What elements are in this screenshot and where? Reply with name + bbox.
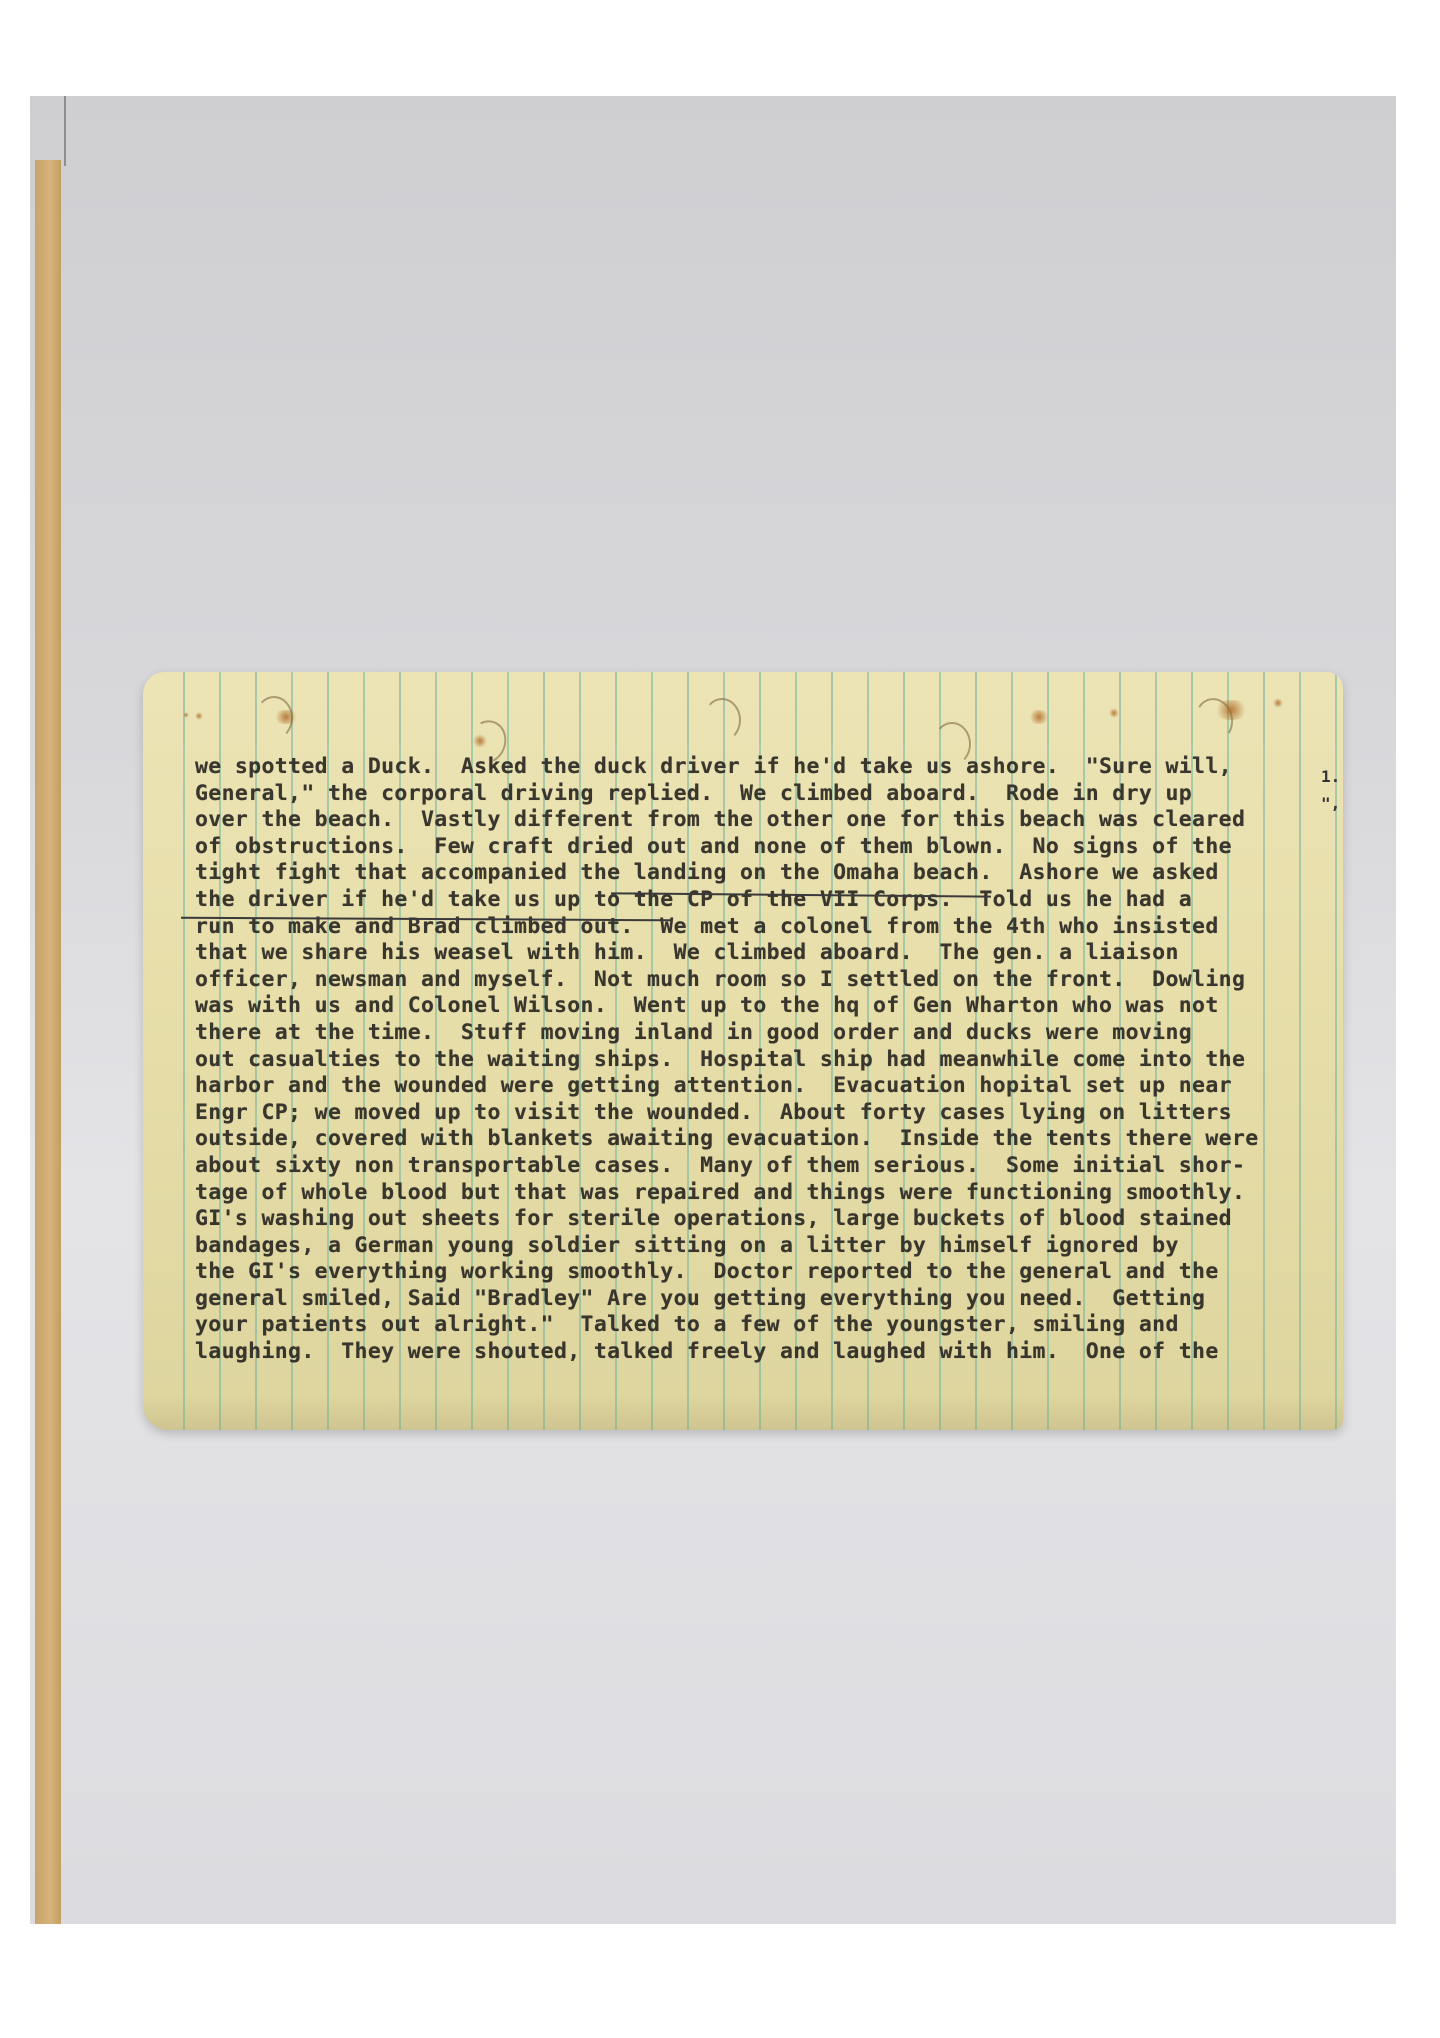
rust-stain — [183, 712, 189, 718]
text-line: harbor and the wounded were getting atte… — [195, 1073, 1305, 1100]
typewritten-text: we spotted a Duck. Asked the duck driver… — [195, 754, 1305, 1366]
text-line: officer, newsman and myself. Not much ro… — [195, 967, 1305, 994]
punch-hole — [703, 698, 741, 742]
rust-stain — [1273, 698, 1283, 708]
note-card: we spotted a Duck. Asked the duck driver… — [143, 672, 1343, 1430]
text-line: General," the corporal driving replied. … — [195, 781, 1305, 808]
text-line: of obstructions. Few craft dried out and… — [195, 834, 1305, 861]
text-line: Engr CP; we moved up to visit the wounde… — [195, 1100, 1305, 1127]
text-line: tight fight that accompanied the landing… — [195, 860, 1305, 887]
text-line: that we share his weasel with him. We cl… — [195, 940, 1305, 967]
rust-stain — [1028, 710, 1050, 724]
text-line: the driver if he'd take us up to the CP … — [195, 887, 1305, 914]
card-bottom-edge — [143, 1396, 1343, 1430]
rust-stain — [473, 734, 487, 748]
folder-edge — [35, 160, 61, 1924]
text-line: was with us and Colonel Wilson. Went up … — [195, 993, 1305, 1020]
rust-stain — [273, 710, 299, 724]
text-line: your patients out alright." Talked to a … — [195, 1312, 1305, 1339]
rust-stain — [1109, 708, 1119, 718]
rust-stain — [1213, 700, 1249, 720]
rust-stain — [195, 712, 203, 720]
text-line: outside, covered with blankets awaiting … — [195, 1126, 1305, 1153]
text-line: there at the time. Stuff moving inland i… — [195, 1020, 1305, 1047]
folder-divider-line — [64, 96, 66, 166]
text-line: about sixty non transportable cases. Man… — [195, 1153, 1305, 1180]
text-line: the GI's everything working smoothly. Do… — [195, 1259, 1305, 1286]
text-line: laughing. They were shouted, talked free… — [195, 1339, 1305, 1366]
margin-mark: ", — [1321, 794, 1340, 813]
margin-mark: 1. — [1321, 767, 1340, 786]
text-line: tage of whole blood but that was repaire… — [195, 1180, 1305, 1207]
text-line: bandages, a German young soldier sitting… — [195, 1233, 1305, 1260]
text-line: out casualties to the waiting ships. Hos… — [195, 1047, 1305, 1074]
text-line: GI's washing out sheets for sterile oper… — [195, 1206, 1305, 1233]
text-line: general smiled, Said "Bradley" Are you g… — [195, 1286, 1305, 1313]
text-line: we spotted a Duck. Asked the duck driver… — [195, 754, 1305, 781]
text-line: over the beach. Vastly different from th… — [195, 807, 1305, 834]
